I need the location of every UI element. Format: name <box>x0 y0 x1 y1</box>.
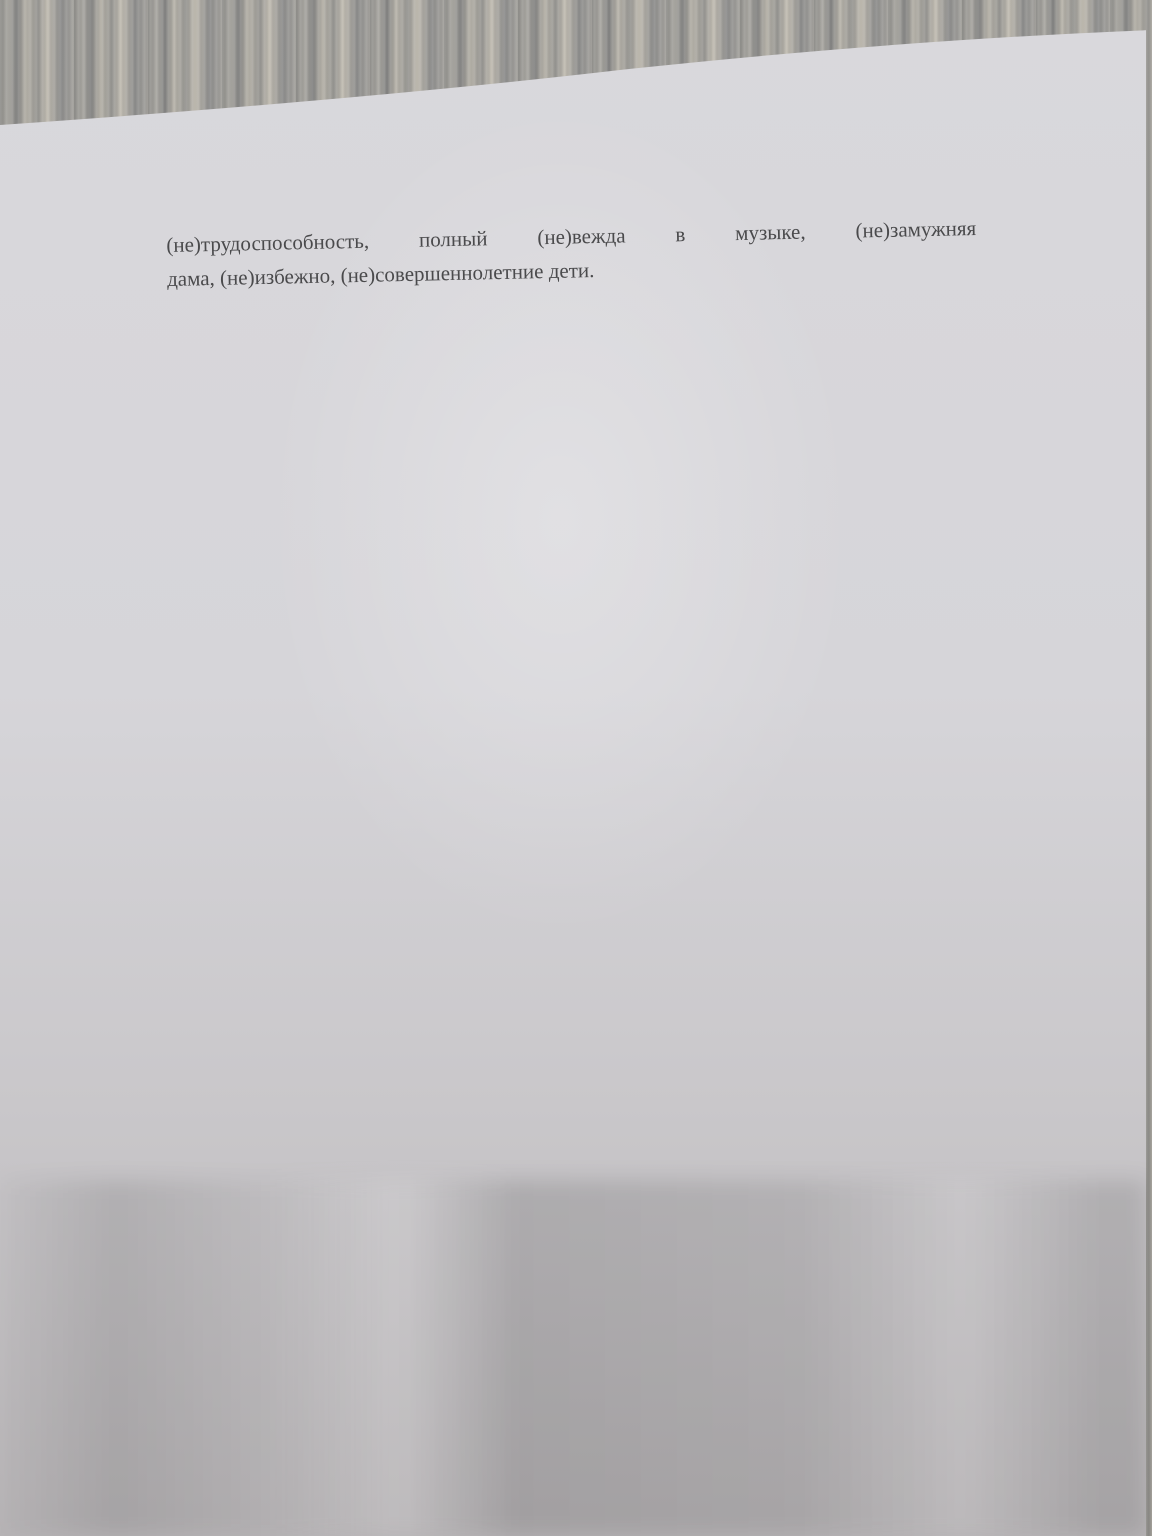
exercise-text: (не)трудоспособность, полный (не)вежда в… <box>166 211 977 296</box>
paper-sheet: (не)трудоспособность, полный (не)вежда в… <box>0 0 1146 1536</box>
shadow-overlay <box>0 1180 1146 1536</box>
